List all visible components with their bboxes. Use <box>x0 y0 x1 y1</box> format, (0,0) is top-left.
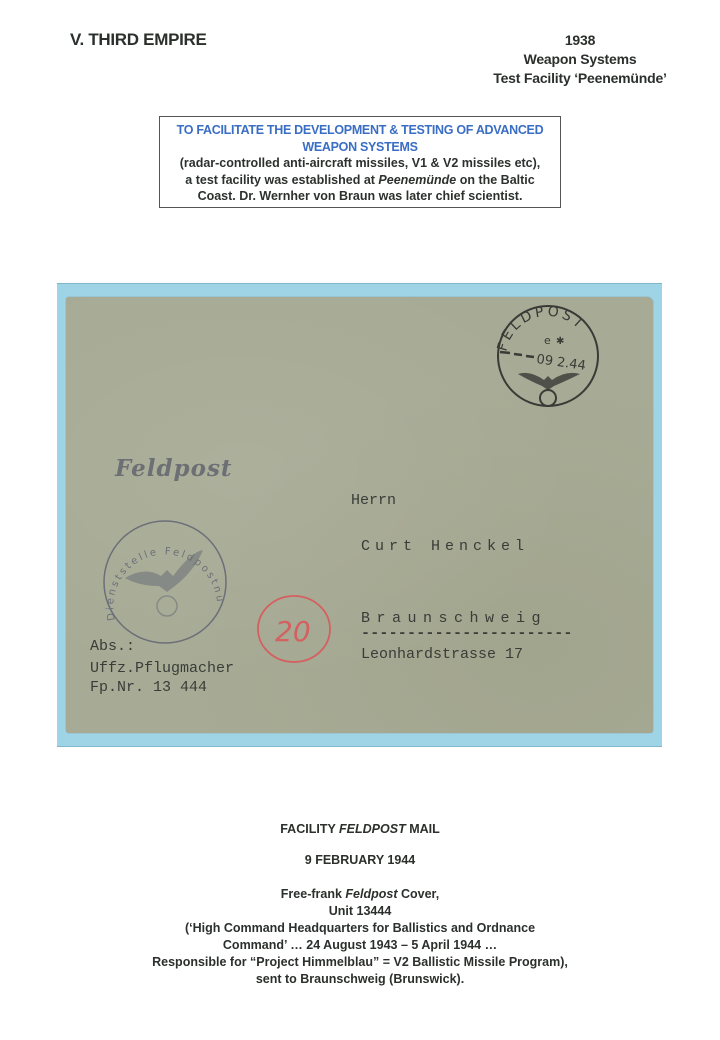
recipient-street: Leonhardstrasse 17 <box>361 646 523 663</box>
caption-line-1-pre: Free-frank <box>281 887 346 901</box>
postmark-star-icon: ✱ <box>556 336 564 347</box>
year-label: 1938 <box>440 31 720 50</box>
caption-line-6: sent to Braunschweig (Brunswick). <box>0 971 720 988</box>
info-line-1: (radar-controlled anti-aircraft missiles… <box>160 155 560 172</box>
svg-text:FELDPOST: FELDPOST <box>495 304 589 353</box>
sender-unit: Fp.Nr. 13 444 <box>90 679 207 696</box>
caption-date: 9 FEBRUARY 1944 <box>0 853 720 867</box>
sender-name: Uffz.Pflugmacher <box>90 660 234 677</box>
feldpost-postmark: FELDPOST e ✱ 09 2.44 <box>488 300 608 410</box>
unit-cachet: Dienststelle Feldpostnummer 13444 <box>95 510 235 650</box>
caption-line-1-italic: Feldpost <box>345 887 397 901</box>
caption-title-post: MAIL <box>406 822 440 836</box>
caption-line-4: Command’ … 24 August 1943 – 5 April 1944… <box>0 937 720 954</box>
info-heading-line-2: WEAPON SYSTEMS <box>160 139 560 156</box>
sender-label: Abs.: <box>90 638 135 655</box>
postmark-date: 09 2.44 <box>535 352 586 374</box>
page-heading: 1938 Weapon Systems Test Facility ‘Peene… <box>440 31 720 88</box>
subtitle-weapon-systems: Weapon Systems <box>440 50 720 69</box>
postmark-code: e <box>544 334 551 347</box>
caption-line-5: Responsible for “Project Himmelblau” = V… <box>0 954 720 971</box>
recipient-salutation: Herrn <box>351 492 396 509</box>
recipient-city-underline: ----------------------- <box>361 625 573 642</box>
postmark-arc-text: FELDPOST <box>495 304 589 353</box>
info-heading-line-1: TO FACILITATE THE DEVELOPMENT & TESTING … <box>160 122 560 139</box>
info-line-2-post: on the Baltic <box>456 173 534 187</box>
caption-line-3: (‘High Command Headquarters for Ballisti… <box>0 920 720 937</box>
rate-marking: 20 <box>255 593 335 667</box>
info-line-3: Coast. Dr. Wernher von Braun was later c… <box>160 188 560 205</box>
recipient-name: Curt Henckel <box>361 538 529 555</box>
subtitle-test-facility: Test Facility ‘Peenemünde’ <box>440 69 720 88</box>
feldpost-label: Feldpost <box>115 455 233 482</box>
caption-line-1-post: Cover, <box>398 887 440 901</box>
section-title: V. THIRD EMPIRE <box>70 30 207 50</box>
caption-title: FACILITY FELDPOST MAIL <box>0 822 720 836</box>
info-line-2-pre: a test facility was established at <box>185 173 378 187</box>
info-line-2: a test facility was established at Peene… <box>160 172 560 189</box>
info-line-2-place: Peenemünde <box>378 173 456 187</box>
rate-value: 20 <box>275 615 311 648</box>
info-box: TO FACILITATE THE DEVELOPMENT & TESTING … <box>159 116 561 208</box>
caption-description: Free-frank Feldpost Cover, Unit 13444 (‘… <box>0 886 720 988</box>
caption-title-italic: FELDPOST <box>339 822 406 836</box>
caption-line-2: Unit 13444 <box>0 903 720 920</box>
caption-line-1: Free-frank Feldpost Cover, <box>0 886 720 903</box>
caption-title-pre: FACILITY <box>280 822 339 836</box>
